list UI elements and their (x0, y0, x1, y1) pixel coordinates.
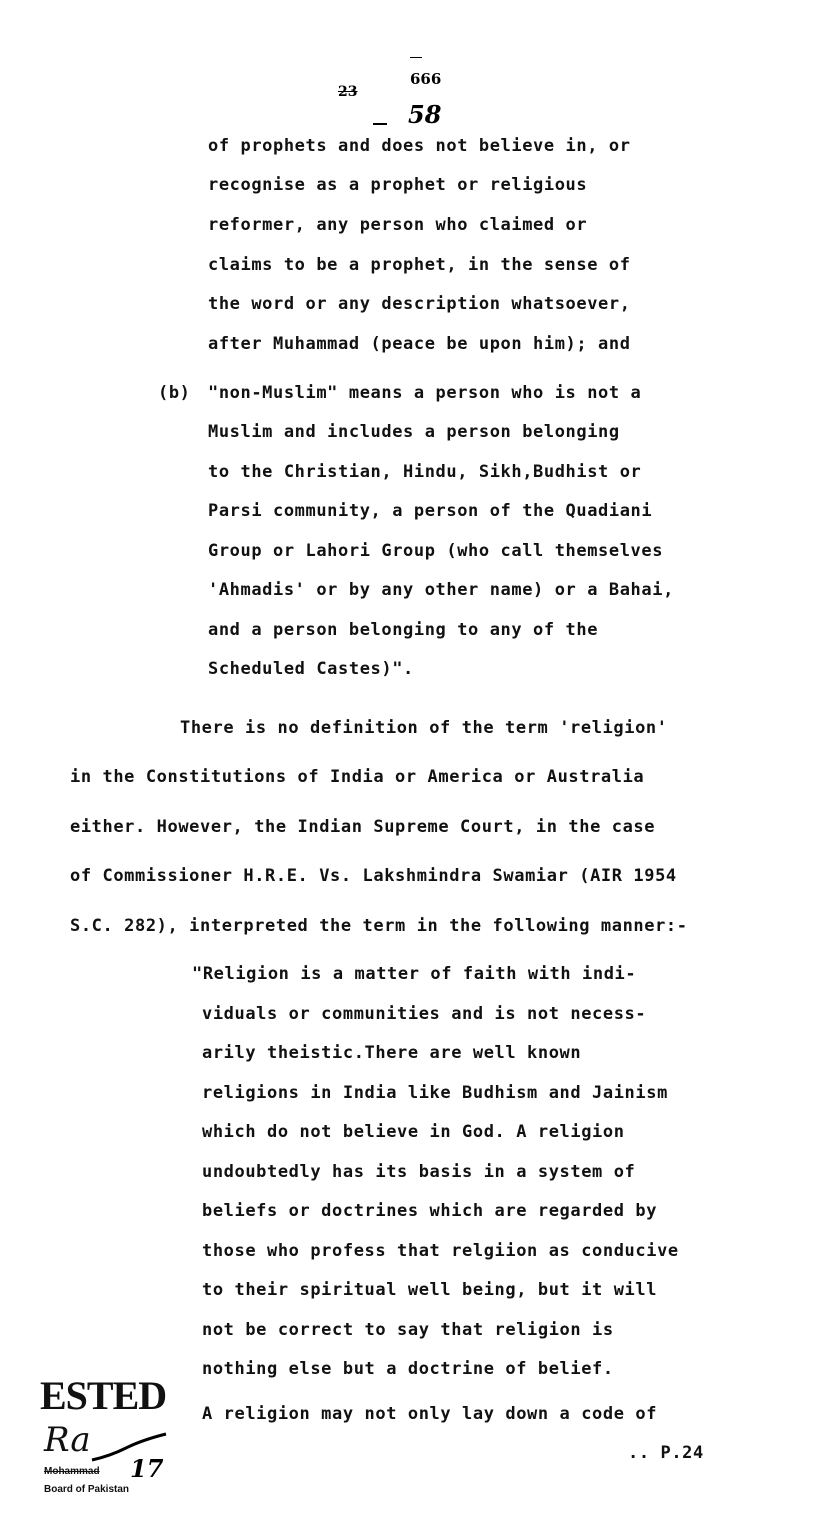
text-line: reformer, any person who claimed or (208, 215, 587, 235)
scan-mark (410, 57, 422, 58)
text-line: arily theistic.There are well known (202, 1043, 581, 1063)
text-line: to the Christian, Hindu, Sikh,Budhist or (208, 462, 641, 482)
text-line: Muslim and includes a person belonging (208, 422, 620, 442)
text-line: in the Constitutions of India or America… (70, 767, 644, 787)
text-line: "Religion is a matter of faith with indi… (192, 964, 636, 984)
text-line: Scheduled Castes)". (208, 659, 414, 679)
text-line: those who profess that relgiion as condu… (202, 1241, 679, 1261)
stamp-line-2: Board of Pakistan (44, 1484, 129, 1495)
text-line: S.C. 282), interpreted the term in the f… (70, 916, 688, 936)
text-line: Group or Lahori Group (who call themselv… (208, 541, 663, 561)
text-line: claims to be a prophet, in the sense of (208, 255, 631, 275)
text-line: either. However, the Indian Supreme Cour… (70, 817, 655, 837)
page-number-top: 666 (410, 70, 441, 88)
dash-mark (373, 123, 387, 125)
text-line: not be correct to say that religion is (202, 1320, 614, 1340)
text-line: which do not believe in God. A religion (202, 1122, 625, 1142)
text-line: Parsi community, a person of the Quadian… (208, 501, 652, 521)
text-line: "non-Muslim" means a person who is not a (208, 383, 641, 403)
text-line: and a person belonging to any of the (208, 620, 598, 640)
text-line: to their spiritual well being, but it wi… (202, 1280, 657, 1300)
text-line: nothing else but a doctrine of belief. (202, 1359, 614, 1379)
document-page: 23 666 58 of prophets and does not belie… (0, 0, 840, 1540)
page-number-handwritten: 58 (408, 100, 441, 129)
text-line: religions in India like Budhism and Jain… (202, 1083, 668, 1103)
continuation-marker: .. P.24 (628, 1443, 704, 1463)
text-line: of Commissioner H.R.E. Vs. Lakshmindra S… (70, 866, 677, 886)
signature: Ra (44, 1420, 91, 1460)
text-line: the word or any description whatsoever, (208, 294, 631, 314)
text-line: There is no definition of the term 'reli… (180, 718, 668, 738)
text-line: after Muhammad (peace be upon him); and (208, 334, 631, 354)
text-line: viduals or communities and is not necess… (202, 1004, 646, 1024)
text-line: 'Ahmadis' or by any other name) or a Bah… (208, 580, 674, 600)
stamp-number: 17 (130, 1454, 163, 1483)
stamp-line-1: Mohammad (44, 1466, 100, 1477)
text-line: recognise as a prophet or religious (208, 175, 587, 195)
text-line: beliefs or doctrines which are regarded … (202, 1201, 657, 1221)
crossed-page-number: 23 (338, 84, 357, 100)
stamp-title: ESTED (40, 1372, 166, 1419)
text-line: A religion may not only lay down a code … (202, 1404, 657, 1424)
text-line: of prophets and does not believe in, or (208, 136, 631, 156)
clause-label: (b) (158, 383, 191, 403)
text-line: undoubtedly has its basis in a system of (202, 1162, 635, 1182)
